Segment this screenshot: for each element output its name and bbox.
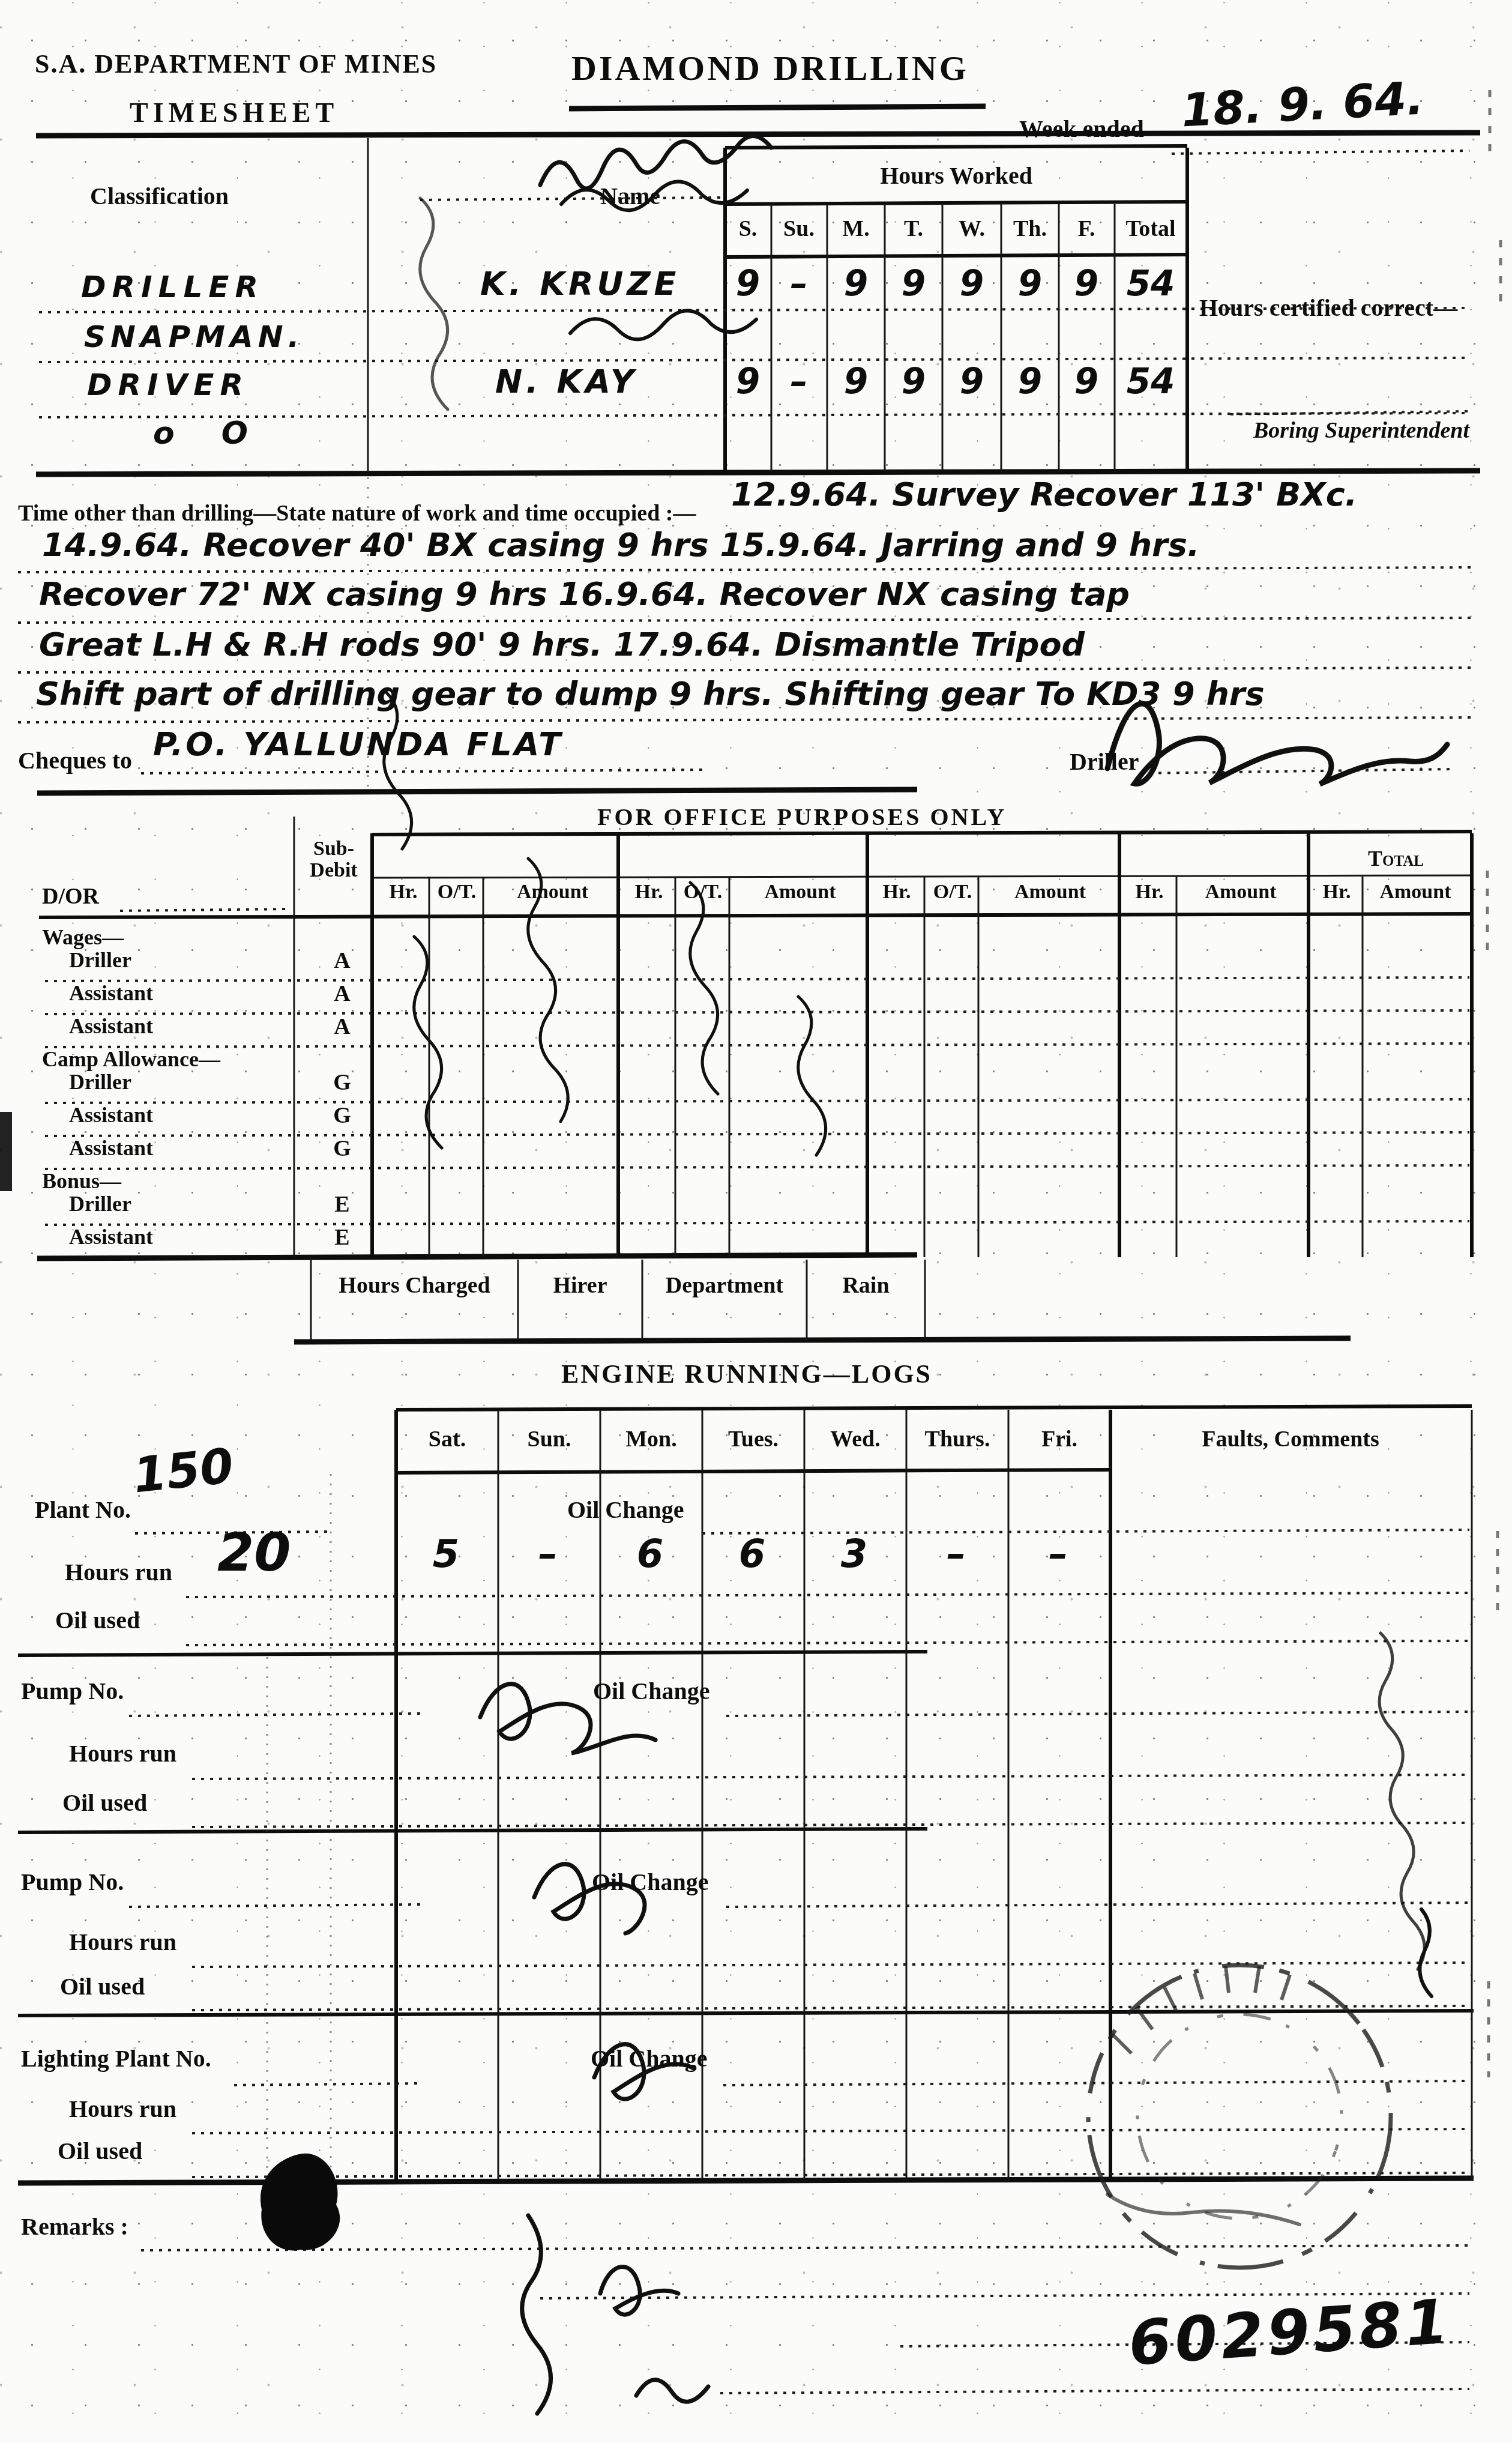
day-column-header: S. <box>727 217 769 241</box>
day-column-header: M. <box>835 217 877 241</box>
hours-cell: 9 <box>893 265 935 302</box>
hr-column-header: Hr. <box>1311 881 1363 903</box>
ink-blot <box>261 2154 340 2251</box>
hours-cell: – <box>778 265 820 302</box>
hr-column-header: Hr. <box>377 881 430 903</box>
hours-worked-header: Hours Worked <box>725 163 1187 189</box>
engine-day-header: Fri. <box>1026 1428 1092 1452</box>
date-stamp <box>1029 1906 1450 2327</box>
hours-cell: 9 <box>1065 363 1107 400</box>
total-column-header: Total <box>1343 848 1448 871</box>
hours-run-cell: 5 <box>419 1535 473 1575</box>
office-row-group-label: Bonus— <box>42 1170 121 1193</box>
rain-header: Rain <box>807 1274 925 1298</box>
work-log-line: 12.9.64. Survey Recover 113' BXc. <box>731 478 1357 512</box>
office-row-label: Driller <box>69 1071 131 1094</box>
engine-logs-title: ENGINE RUNNING—LOGS <box>561 1360 932 1388</box>
classification-entry: DRILLER <box>81 271 264 303</box>
office-row-label: Assistant <box>69 1137 153 1160</box>
hr-column-header: Hr. <box>1122 881 1176 903</box>
name-entry: N. KAY <box>495 365 637 399</box>
hours-run-cell: 3 <box>827 1535 881 1575</box>
hours-certified-label: Hours certified correct— <box>1199 295 1457 321</box>
lighting-plant-no-label: Lighting Plant No. <box>21 2046 211 2071</box>
engine-day-header: Sun. <box>516 1428 582 1452</box>
pump-no-label: Pump No. <box>21 1870 124 1895</box>
amount-column-header: Amount <box>1178 881 1304 903</box>
office-row-label: Assistant <box>69 1226 153 1249</box>
plant-no-label: Plant No. <box>35 1497 131 1523</box>
work-log-line: 14.9.64. Recover 40' BX casing 9 hrs 15.… <box>42 528 1199 563</box>
work-log-label: Time other than drilling—State nature of… <box>18 502 696 526</box>
name-column-header: Name <box>600 184 660 209</box>
hours-run-label: Hours run <box>69 1930 176 1955</box>
boring-superintendent-label: Boring Superintendent <box>1253 419 1469 443</box>
day-column-header: Total <box>1118 217 1184 241</box>
sub-debit-code: A <box>312 949 372 973</box>
org-name: S.A. DEPARTMENT OF MINES <box>35 50 437 78</box>
day-column-header: T. <box>893 217 935 241</box>
hours-cell: 9 <box>1009 363 1051 400</box>
hours-cell: – <box>778 363 820 400</box>
office-row-group-label: Camp Allowance— <box>42 1048 220 1071</box>
hours-charged-header: Hours Charged <box>311 1274 518 1298</box>
week-ended-value: 18. 9. 64. <box>1180 74 1425 134</box>
hours-run-cell: 6 <box>623 1535 677 1575</box>
sub-debit-code: G <box>312 1071 372 1095</box>
day-column-header: Th. <box>1009 217 1051 241</box>
office-row-label: Assistant <box>69 1104 153 1127</box>
sub-debit-code: A <box>312 982 372 1006</box>
week-ended-label: Week ended <box>1019 116 1144 142</box>
sub-debit-code: G <box>312 1104 372 1128</box>
office-row-label: Driller <box>69 1193 131 1216</box>
work-log-line: Recover 72' NX casing 9 hrs 16.9.64. Rec… <box>39 578 1130 612</box>
hours-run-label: Hours run <box>69 2097 176 2122</box>
scanned-timesheet: S.A. DEPARTMENT OF MINES TIMESHEET DIAMO… <box>0 0 1512 2443</box>
department-header: Department <box>642 1274 807 1298</box>
sub-debit-code: E <box>312 1193 372 1217</box>
hours-run-cell: – <box>1031 1535 1085 1575</box>
ot-column-header: O/T. <box>430 881 484 903</box>
work-log-line: Great L.H & R.H rods 90' 9 hrs. 17.9.64.… <box>39 628 1085 662</box>
engine-day-header: Sat. <box>414 1428 480 1452</box>
hours-cell: 9 <box>835 363 877 400</box>
hirer-header: Hirer <box>518 1274 642 1298</box>
ot-column-header: O/T. <box>927 881 978 903</box>
classification-column-header: Classification <box>90 184 229 209</box>
engine-day-header: Mon. <box>618 1428 684 1452</box>
sub-debit-code: E <box>312 1226 372 1250</box>
classification-entry: SNAPMAN. <box>84 321 304 353</box>
oil-used-label: Oil used <box>58 2139 142 2164</box>
cheques-to-value: P.O. YALLUNDA FLAT <box>153 728 563 762</box>
hr-column-header: Hr. <box>869 881 924 903</box>
oil-used-label: Oil used <box>60 1974 145 1999</box>
hours-run-label: Hours run <box>65 1560 172 1585</box>
amount-column-header: Amount <box>1364 881 1467 903</box>
faults-comments-header: Faults, Comments <box>1170 1428 1411 1452</box>
amount-column-header: Amount <box>491 881 614 903</box>
day-column-header: F. <box>1065 217 1107 241</box>
oil-change-label: Oil Change <box>592 1870 708 1895</box>
sub-debit-label: Debit <box>295 860 372 881</box>
amount-column-header: Amount <box>737 881 863 903</box>
oil-change-label: Oil Change <box>567 1497 684 1523</box>
engine-day-header: Thurs. <box>924 1428 990 1452</box>
remarks-label: Remarks : <box>21 2214 128 2239</box>
hours-total-cell: 54 <box>1118 363 1184 400</box>
dor-label: D/OR <box>42 885 99 909</box>
hours-cell: 9 <box>1009 265 1051 302</box>
hours-run-cell: – <box>929 1535 983 1575</box>
plant-no-value: 150 <box>131 1441 236 1502</box>
pump-no-label: Pump No. <box>21 1679 124 1704</box>
hr-column-header: Hr. <box>622 881 676 903</box>
sub-debit-code: G <box>312 1137 372 1161</box>
name-entry: K. KRUZE <box>480 267 679 301</box>
sheet-type: TIMESHEET <box>130 98 339 127</box>
engine-day-header: Wed. <box>822 1428 888 1452</box>
oil-used-label: Oil used <box>55 1608 140 1633</box>
hours-cell: 9 <box>1065 265 1107 302</box>
hours-cell: 9 <box>951 265 993 302</box>
office-row-label: Driller <box>69 949 131 972</box>
oil-change-label: Oil Change <box>591 2046 707 2071</box>
page-title: DIAMOND DRILLING <box>571 50 969 87</box>
engine-day-header: Tues. <box>720 1428 786 1452</box>
cheques-to-label: Cheques to <box>18 748 132 773</box>
driller-signature-label: Driller <box>1070 749 1139 775</box>
hours-run-cell: 6 <box>725 1535 779 1575</box>
hours-run-label: Hours run <box>69 1741 176 1766</box>
sub-debit-label: Sub- <box>295 838 372 860</box>
hours-total-cell: 54 <box>1118 265 1184 302</box>
office-section-title: FOR OFFICE PURPOSES ONLY <box>597 805 1007 830</box>
hours-cell: 9 <box>951 363 993 400</box>
work-log-line: Shift part of drilling gear to dump 9 hr… <box>36 677 1265 711</box>
hours-run-note: 20 <box>217 1525 291 1580</box>
sub-debit-code: A <box>312 1015 372 1039</box>
hours-cell: 9 <box>727 265 769 302</box>
hours-cell: 9 <box>727 363 769 400</box>
vertical-rules <box>294 138 1472 2181</box>
day-column-header: Su. <box>778 217 820 241</box>
hours-run-cell: – <box>521 1535 575 1575</box>
oil-used-label: Oil used <box>62 1790 147 1816</box>
office-row-group-label: Wages— <box>42 926 124 949</box>
day-column-header: W. <box>951 217 993 241</box>
office-row-label: Assistant <box>69 1015 153 1038</box>
ot-column-header: O/T. <box>676 881 730 903</box>
office-row-label: Assistant <box>69 982 153 1005</box>
oil-change-label: Oil Change <box>593 1679 709 1704</box>
classification-entry: DRIVER <box>87 369 249 401</box>
amount-column-header: Amount <box>986 881 1115 903</box>
hours-cell: 9 <box>835 265 877 302</box>
hours-cell: 9 <box>893 363 935 400</box>
classification-scribble: o O <box>153 417 266 450</box>
